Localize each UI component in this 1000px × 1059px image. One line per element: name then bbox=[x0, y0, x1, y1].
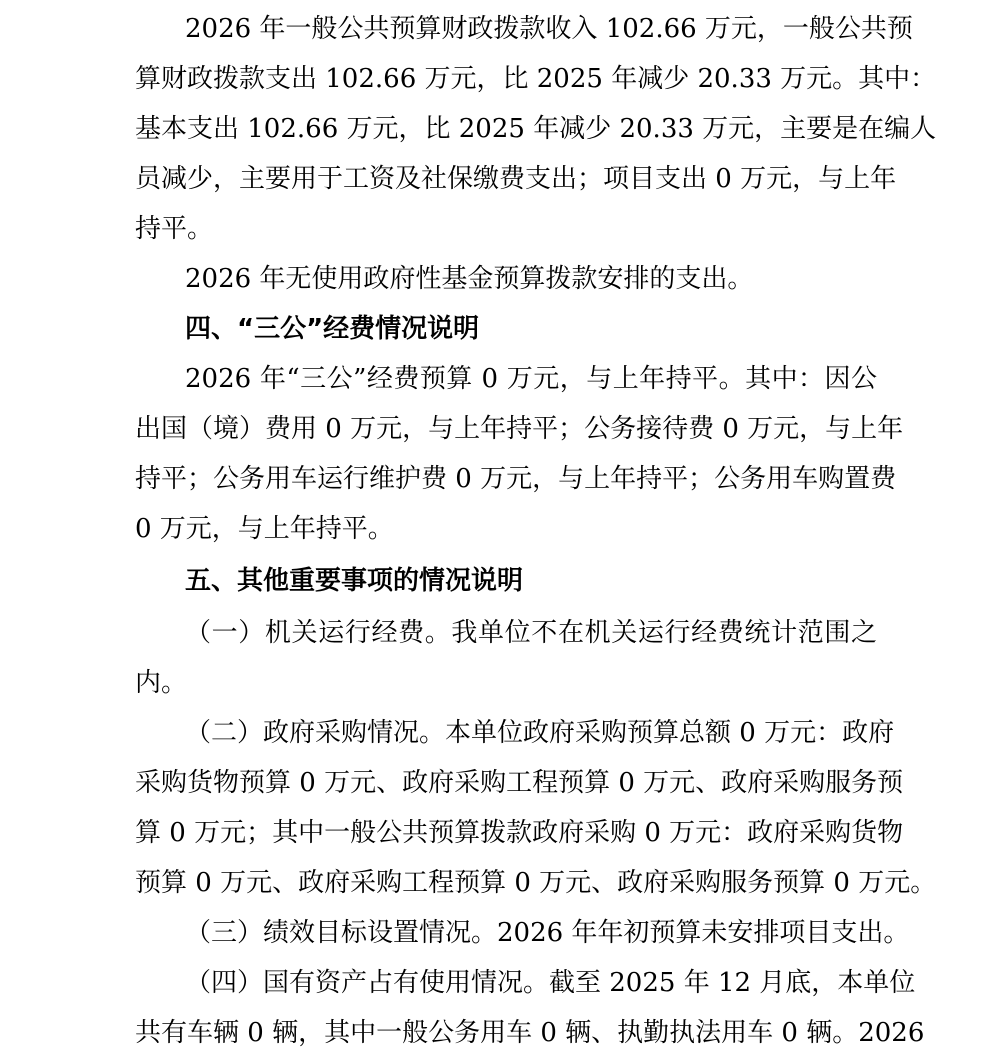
paragraph-state-assets-line-2: 共有车辆 0 辆，其中一般公务用车 0 辆、执勤执法用车 0 辆。2026 bbox=[135, 1008, 877, 1058]
section-heading-other-matters: 五、其他重要事项的情况说明 bbox=[185, 556, 877, 606]
paragraph-general-budget-line-4: 员减少，主要用于工资及社保缴费支出；项目支出 0 万元，与上年 bbox=[135, 154, 877, 204]
paragraph-general-budget-line-2: 算财政拨款支出 102.66 万元，比 2025 年减少 20.33 万元。其中… bbox=[135, 54, 877, 104]
document-page: 2026 年一般公共预算财政拨款收入 102.66 万元，一般公共预 算财政拨款… bbox=[0, 0, 1000, 1059]
paragraph-procurement-line-3: 算 0 万元；其中一般公共预算拨款政府采购 0 万元：政府采购货物 bbox=[135, 808, 877, 858]
paragraph-general-budget-line-3: 基本支出 102.66 万元，比 2025 年减少 20.33 万元，主要是在编… bbox=[135, 104, 877, 154]
paragraph-three-public-line-2: 出国（境）费用 0 万元，与上年持平；公务接待费 0 万元，与上年 bbox=[135, 404, 877, 454]
paragraph-government-fund: 2026 年无使用政府性基金预算拨款安排的支出。 bbox=[185, 254, 877, 304]
paragraph-performance-targets: （三）绩效目标设置情况。2026 年年初预算未安排项目支出。 bbox=[185, 908, 890, 958]
paragraph-operating-expenses-line-1: （一）机关运行经费。我单位不在机关运行经费统计范围之 bbox=[185, 608, 877, 658]
paragraph-procurement-line-1: （二）政府采购情况。本单位政府采购预算总额 0 万元：政府 bbox=[185, 708, 877, 758]
paragraph-state-assets-line-1: （四）国有资产占有使用情况。截至 2025 年 12 月底，本单位 bbox=[185, 958, 877, 1008]
section-heading-three-public-expenses: 四、“三公”经费情况说明 bbox=[185, 304, 877, 354]
paragraph-three-public-line-1: 2026 年“三公”经费预算 0 万元，与上年持平。其中：因公 bbox=[185, 354, 877, 404]
paragraph-general-budget-line-1: 2026 年一般公共预算财政拨款收入 102.66 万元，一般公共预 bbox=[185, 4, 877, 54]
paragraph-three-public-line-3: 持平；公务用车运行维护费 0 万元，与上年持平；公务用车购置费 bbox=[135, 454, 877, 504]
paragraph-three-public-line-4: 0 万元，与上年持平。 bbox=[135, 504, 877, 554]
paragraph-procurement-line-4: 预算 0 万元、政府采购工程预算 0 万元、政府采购服务预算 0 万元。 bbox=[135, 858, 890, 908]
paragraph-procurement-line-2: 采购货物预算 0 万元、政府采购工程预算 0 万元、政府采购服务预 bbox=[135, 758, 877, 808]
paragraph-operating-expenses-line-2: 内。 bbox=[135, 658, 877, 708]
paragraph-general-budget-line-5: 持平。 bbox=[135, 204, 877, 254]
